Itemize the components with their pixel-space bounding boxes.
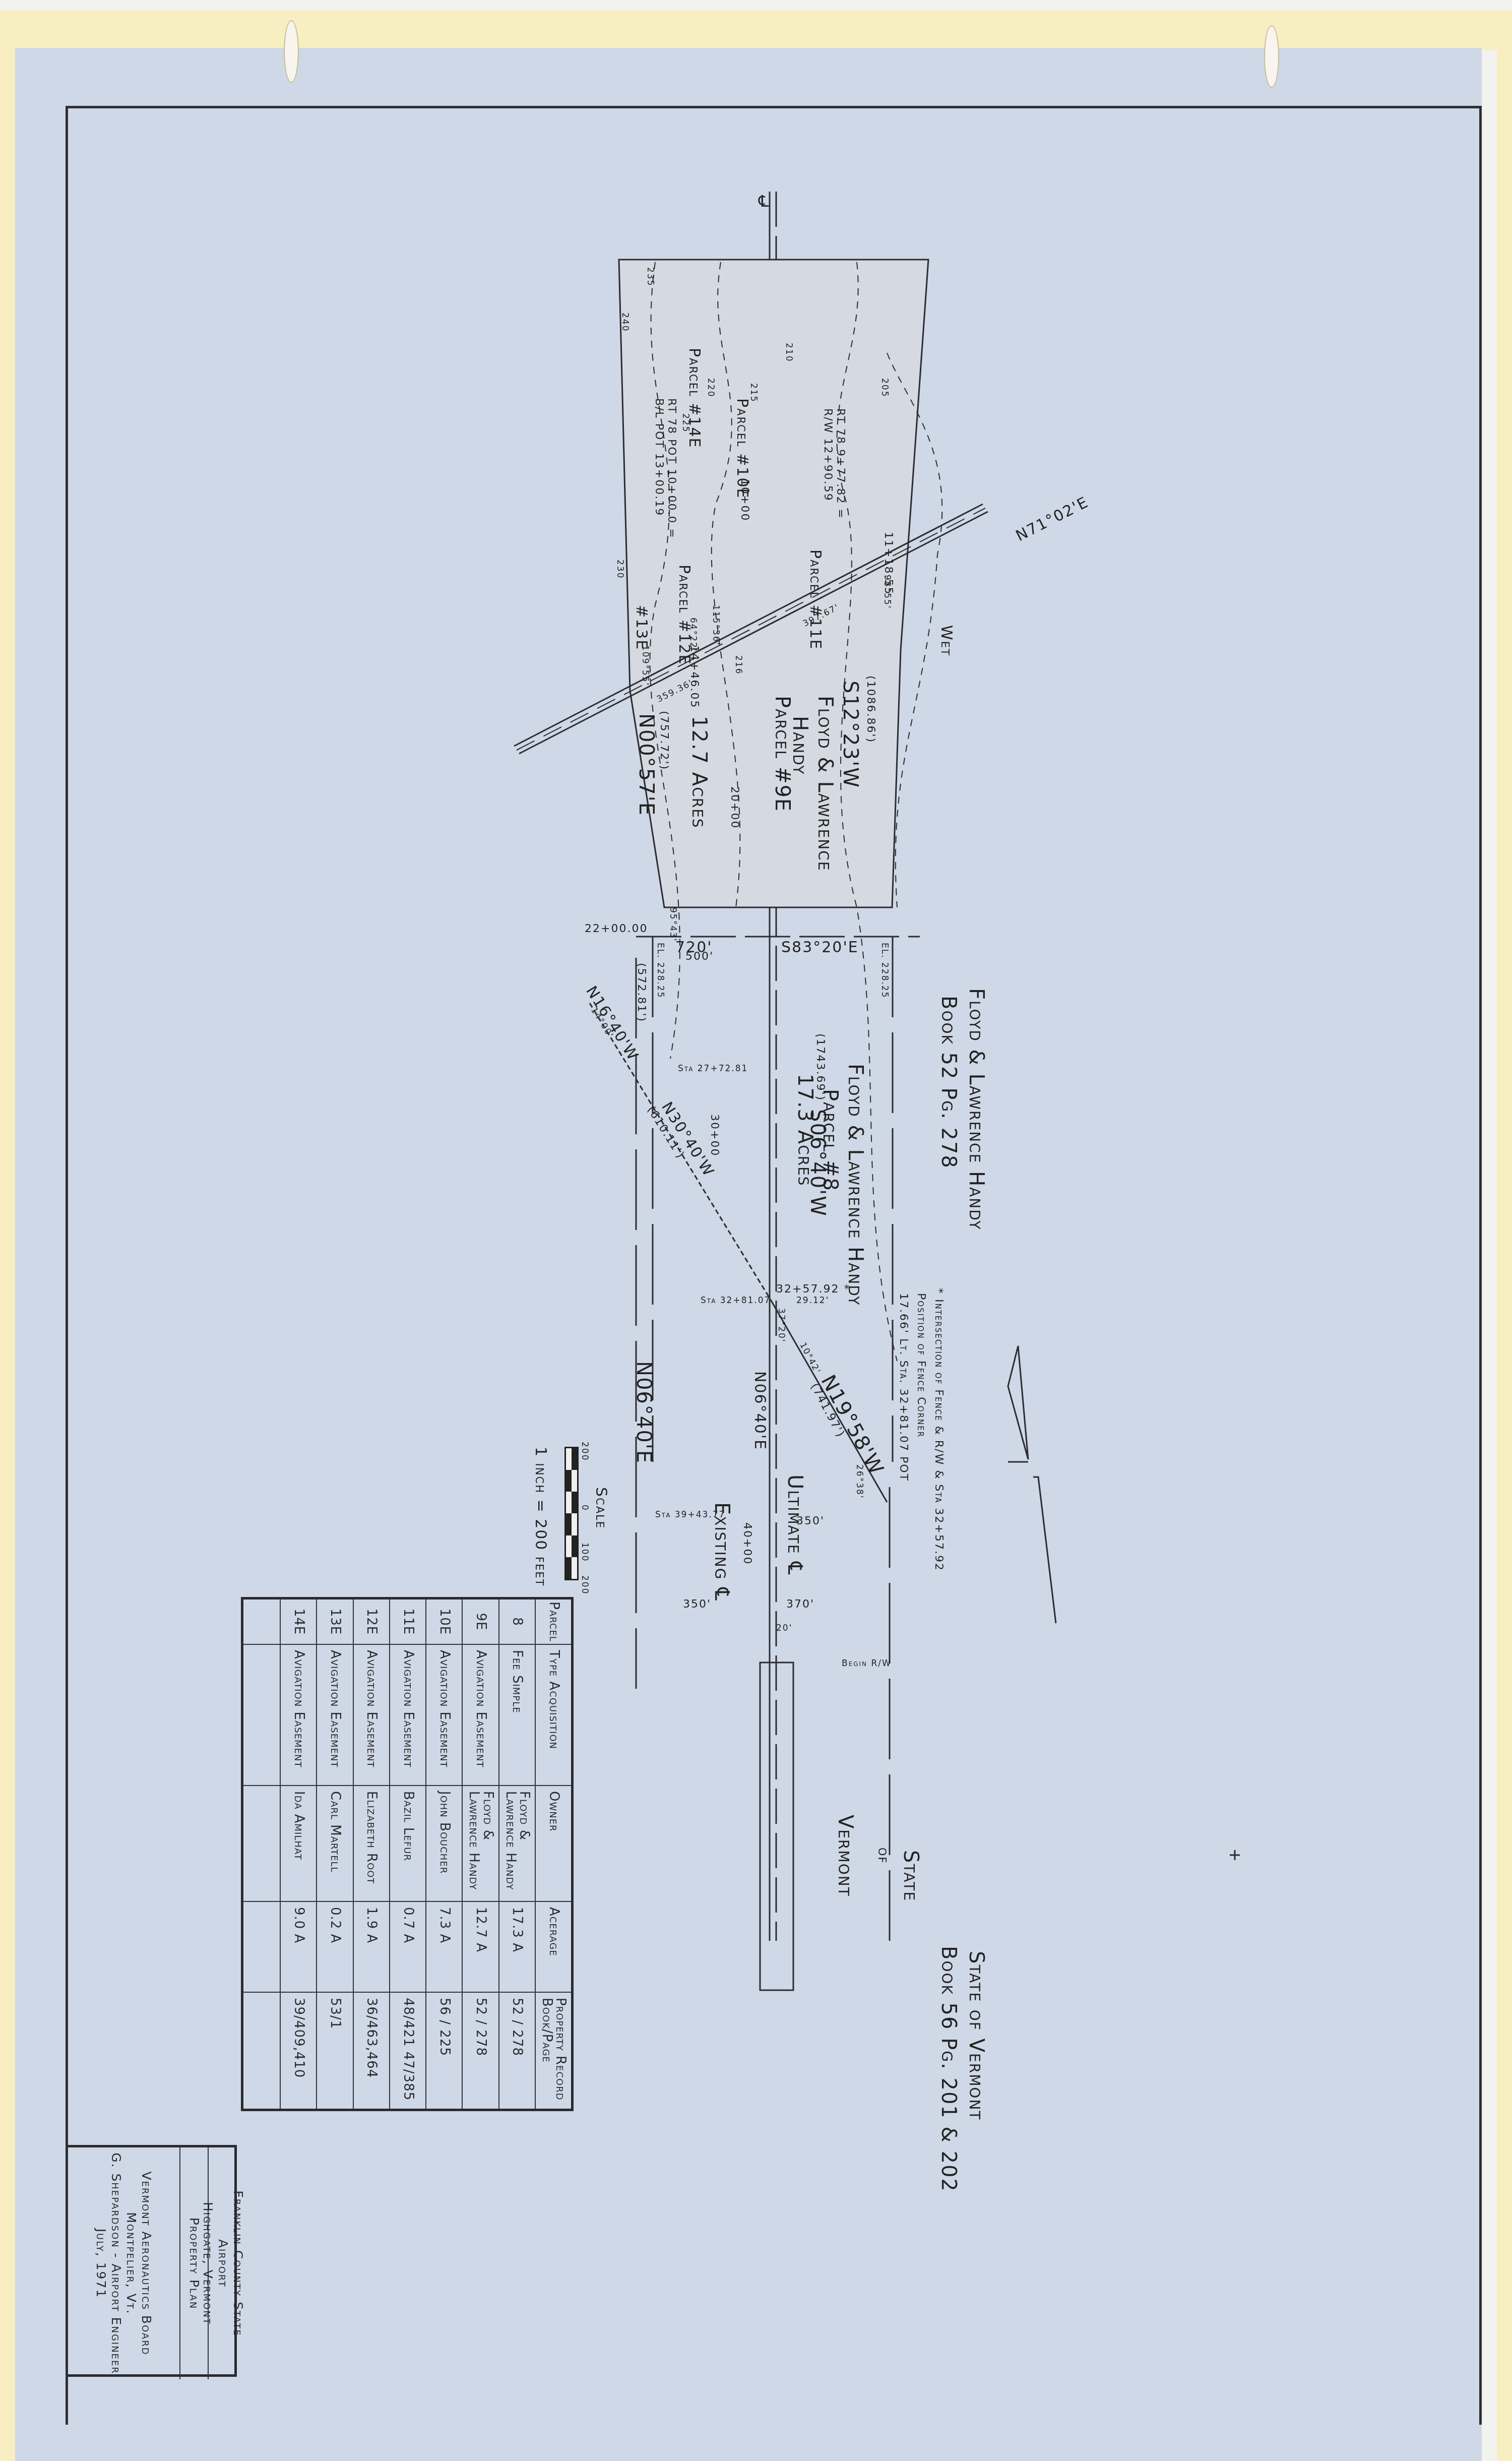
- parcel-9e-owner: Floyd & Lawrence: [813, 696, 837, 871]
- distance-1086-label: (1086.86'): [864, 675, 877, 743]
- title-section-sheet: Property Plan: [179, 2147, 208, 2379]
- fence-note-line-1: * Intersection of Fence & R/W & Sta 32+5…: [932, 1288, 945, 1571]
- distance-1743-label: (1743.69'): [814, 1033, 827, 1101]
- state-owner-label: State of Vermont: [965, 1951, 988, 2120]
- survey-linework: [0, 0, 1512, 2461]
- title-line-2: Airport: [215, 2147, 230, 2379]
- existing-centerline-label: Existing ℄: [710, 1502, 733, 1602]
- state-book-label: Book 56 Pg. 201 & 202: [937, 1946, 960, 2192]
- bl-pot-label: B/L POT 13+00.19: [653, 398, 665, 516]
- row-parcel: 9E: [462, 1599, 498, 1645]
- row-parcel: 11E: [389, 1599, 425, 1645]
- row-type: Avigation Easement: [425, 1645, 462, 1786]
- elevation-right-label: EL. 228.25: [879, 943, 890, 999]
- row-owner: [243, 1786, 280, 1902]
- header-owner: Owner: [535, 1786, 571, 1902]
- row-type: Avigation Easement: [389, 1645, 425, 1786]
- row-acreage: 9.0 A: [280, 1902, 316, 1993]
- parcel-14e-label: Parcel #14E: [685, 348, 703, 448]
- row-owner: Carl Martell: [316, 1786, 352, 1902]
- title-block: Franklin County State Airport Highgate, …: [68, 2145, 237, 2377]
- ultimate-centerline-label: Ultimate ℄: [783, 1474, 806, 1576]
- parcel-table-container: Parcel Type Acquisition Owner Acerage Pr…: [241, 1597, 574, 2111]
- row-type: Avigation Easement: [462, 1645, 498, 1786]
- scale-tick-0: 0: [580, 1505, 590, 1511]
- fence-note-line-3: 17.66' Lt. Sta. 32+81.07 POT: [897, 1293, 910, 1482]
- station-14-46-label: 14+46.05: [688, 645, 701, 708]
- title-line-4: Property Plan: [186, 2147, 202, 2379]
- row-owner: Bazil Lefur: [389, 1786, 425, 1902]
- title-line-8: July, 1971: [94, 2147, 109, 2379]
- distance-370-label: 370': [786, 1598, 814, 1611]
- distance-572-label: (572.81'): [635, 963, 648, 1022]
- title-section-project: Franklin County State Airport Highgate, …: [208, 2147, 237, 2379]
- row-acreage: 0.7 A: [389, 1902, 425, 1993]
- handy-owner-label: Floyd & Lawrence Handy: [965, 988, 988, 1230]
- bearing-n06-left-label: N06°40'E: [632, 1361, 655, 1464]
- header-record: Property Record Book/Page: [535, 1993, 571, 2109]
- bearing-n00-label: N00°57'E: [635, 713, 658, 816]
- station-20-label: 20+00: [728, 786, 741, 829]
- row-type: Avigation Easement: [316, 1645, 352, 1786]
- angle-98-label: 98°55': [882, 575, 892, 609]
- contour-216: 216: [733, 655, 743, 674]
- distance-500-label: 500': [685, 950, 714, 963]
- parcel-9e-area: 12.7 Acres: [687, 716, 711, 829]
- station-40-label: 40+00: [741, 1522, 753, 1565]
- row-owner: John Boucher: [425, 1786, 462, 1902]
- handy-book-label: Book 52 Pg. 278: [937, 996, 960, 1169]
- scale-bar: [564, 1447, 579, 1580]
- row-record: [243, 1993, 280, 2109]
- row-acreage: 1.9 A: [353, 1902, 389, 1993]
- station-32-57-label: 32+57.92 *: [776, 1283, 850, 1296]
- scale-tick-200-right: 200: [580, 1575, 590, 1594]
- rt78-station-label: RT 78 9+77.82 =: [834, 408, 847, 519]
- title-line-5: Vermont Aeronautics Board: [139, 2147, 154, 2379]
- distance-20-label: 20': [776, 1623, 792, 1633]
- row-record: 36/463,464: [353, 1993, 389, 2109]
- distance-29-label: 29.12': [796, 1296, 829, 1306]
- row-acreage: [243, 1902, 280, 1993]
- contour-225: 225: [680, 413, 690, 433]
- station-22-label: 22+00.00: [585, 922, 648, 935]
- distance-757-label: (757.72'): [658, 711, 670, 770]
- bearing-s06-label: S06°40'W: [806, 1109, 829, 1217]
- row-acreage: 0.2 A: [316, 1902, 352, 1993]
- station-32-81-label: Sta 32+81.07: [701, 1296, 771, 1306]
- title-line-1: Franklin County State: [230, 2147, 245, 2379]
- row-parcel: 8: [498, 1599, 535, 1645]
- row-record: 56 / 225: [425, 1993, 462, 2109]
- row-type: Fee Simple: [498, 1645, 535, 1786]
- angle-115-label: 115°36': [711, 605, 721, 646]
- row-acreage: 7.3 A: [425, 1902, 462, 1993]
- row-acreage: 12.7 A: [462, 1902, 498, 1993]
- row-parcel: 12E: [353, 1599, 389, 1645]
- angle-26-label: 26°38': [854, 1464, 864, 1499]
- angle-64-label: 64°22': [688, 618, 698, 652]
- title-line-7: G. Shepardson - Airport Engineer: [109, 2147, 124, 2379]
- row-type: Avigation Easement: [353, 1645, 389, 1786]
- row-type: Avigation Easement: [280, 1645, 316, 1786]
- title-section-agency: Vermont Aeronautics Board Montpelier, Vt…: [68, 2147, 179, 2379]
- contour-215: 215: [748, 383, 759, 402]
- scale-ratio: 1 inch = 200 feet: [532, 1447, 549, 1586]
- station-10-label: 10+00: [738, 479, 751, 521]
- row-parcel: 14E: [280, 1599, 316, 1645]
- contour-235: 235: [645, 267, 655, 286]
- parcel-8-owner: Floyd & Lawrence Handy: [844, 1064, 867, 1306]
- scale-tick-200-left: 200: [580, 1442, 590, 1461]
- row-record: 52 / 278: [462, 1993, 498, 2109]
- scale-title: Scale: [592, 1487, 610, 1529]
- row-type: [243, 1645, 280, 1786]
- parcel-13e-label: #13E: [633, 605, 650, 650]
- row-record: 53/1: [316, 1993, 352, 2109]
- angle-37-label: 37°20': [776, 1308, 786, 1342]
- contour-230: 230: [615, 560, 625, 579]
- contour-210: 210: [784, 343, 794, 362]
- row-owner: Ida Amilhat: [280, 1786, 316, 1902]
- row-record: 52 / 278: [498, 1993, 535, 2109]
- scale-tick-100: 100: [580, 1543, 590, 1562]
- row-record: 48/421 47/385: [389, 1993, 425, 2109]
- row-parcel: [243, 1599, 280, 1645]
- title-line-6: Montpelier, Vt.: [124, 2147, 139, 2379]
- row-record: 39/409,410: [280, 1993, 316, 2109]
- parcel-table: Parcel Type Acquisition Owner Acerage Pr…: [241, 1597, 574, 2111]
- parcel-11e-label: Parcel #11E: [806, 549, 824, 650]
- angle-109-label: 109°55': [640, 645, 650, 686]
- state-land-label-1: State: [899, 1850, 922, 1901]
- contour-220: 220: [706, 378, 716, 397]
- title-block-content: Franklin County State Airport Highgate, …: [68, 2147, 237, 2379]
- header-parcel: Parcel: [535, 1599, 571, 1645]
- row-owner: Elizabeth Root: [353, 1786, 389, 1902]
- angle-95-label: 95°43': [668, 907, 678, 942]
- station-30-label: 30+00: [708, 1114, 721, 1156]
- state-land-label-2: of: [874, 1848, 892, 1864]
- bearing-n06-center-label: N06°40'E: [751, 1371, 769, 1450]
- distance-350-label: 350': [683, 1598, 711, 1611]
- rt78-pot-label: RT 78 POT 10+00.0 =: [665, 398, 678, 539]
- bearing-s83-label: S83°20'E: [781, 939, 859, 956]
- row-acreage: 17.3 A: [498, 1902, 535, 1993]
- wet-area-label: Wet: [937, 625, 955, 656]
- contour-240: 240: [620, 313, 630, 332]
- row-parcel: 10E: [425, 1599, 462, 1645]
- row-owner: Floyd & Lawrence Handy: [498, 1786, 535, 1902]
- row-parcel: 13E: [316, 1599, 352, 1645]
- row-owner: Floyd & Lawrence Handy: [462, 1786, 498, 1902]
- parcel-9e-label: Parcel #9E: [771, 696, 794, 812]
- rw-station-label: R/W 12+90.59: [822, 408, 834, 502]
- bearing-s12-label: S12°23'W: [839, 681, 862, 788]
- begin-rw-label: Begin R/W: [842, 1658, 892, 1669]
- fence-note-line-2: Position of Fence Corner: [915, 1293, 927, 1438]
- centerline-symbol: ℄: [759, 192, 770, 211]
- header-type: Type Acquisition: [535, 1645, 571, 1786]
- station-27-label: Sta 27+72.81: [678, 1064, 748, 1074]
- elevation-left-label: EL. 228.25: [655, 943, 665, 999]
- state-land-label-3: Vermont: [834, 1815, 857, 1897]
- contour-205: 205: [879, 378, 890, 397]
- header-acreage: Acerage: [535, 1902, 571, 1993]
